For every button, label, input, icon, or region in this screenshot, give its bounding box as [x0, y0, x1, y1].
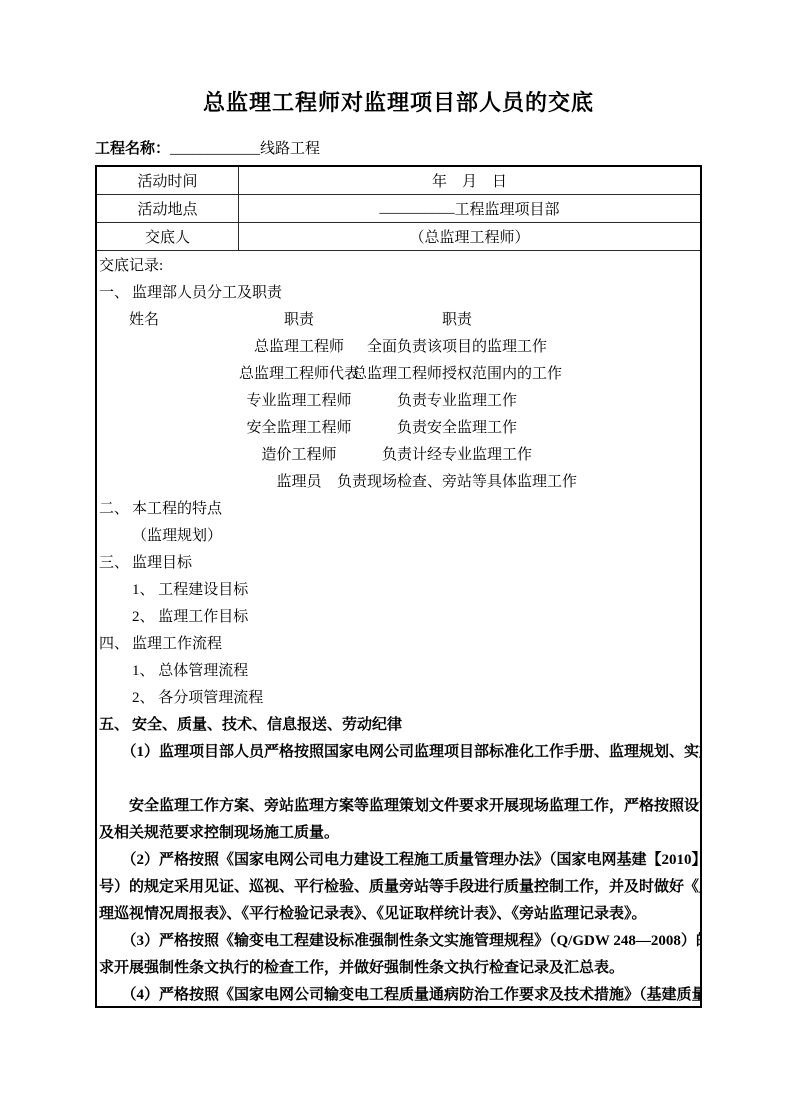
- role-name-cell: [99, 469, 189, 496]
- section-4-number: 四、: [99, 631, 132, 658]
- paragraph-line: 求开展强制性条文执行的检查工作，并做好强制性条文执行检查记录及汇总表。: [99, 955, 698, 982]
- info-rows: 活动时间 年 月 日 活动地点 __________工程监理项目部 交底人 （总…: [97, 167, 700, 251]
- info-row: 活动时间 年 月 日: [97, 167, 700, 195]
- info-row-value: （总监理工程师）: [239, 223, 700, 250]
- role-duty-cell: 负责专业监理工作: [409, 388, 505, 415]
- section-4-heading: 四、监理工作流程: [99, 631, 698, 658]
- project-name-line: 工程名称：____________线路工程: [95, 137, 702, 161]
- role-row: 专业监理工程师 负责专业监理工作: [99, 388, 698, 415]
- info-row-text: 工程监理项目部: [454, 198, 559, 219]
- section-2-number: 二、: [99, 496, 132, 523]
- section-3-heading: 三、监理目标: [99, 550, 698, 577]
- page-title: 总监理工程师对监理项目部人员的交底: [95, 88, 702, 118]
- paragraph-line: （4）严格按照《国家电网公司输变电工程质量通病防治工作要求及技术措施》（基建质量: [99, 982, 698, 1006]
- section-2-title: 本工程的特点: [132, 501, 222, 517]
- list-item: 2、 监理工作目标: [99, 604, 698, 631]
- role-duty: 负责现场检查、旁站等具体监理工作: [337, 469, 577, 496]
- info-row-label: 交底人: [97, 223, 239, 250]
- roles-header-duty-cell: 职责: [409, 307, 505, 334]
- roles-header-role: 职责: [189, 307, 409, 334]
- briefing-table: 活动时间 年 月 日 活动地点 __________工程监理项目部 交底人 （总…: [95, 165, 702, 1008]
- role-duty-cell: 负责计经专业监理工作: [409, 442, 505, 469]
- role-name-cell: [99, 442, 189, 469]
- paragraph-line: 及相关规范要求控制现场施工质量。: [99, 820, 698, 847]
- role-duty: 全面负责该项目的监理工作: [367, 334, 547, 361]
- roles-header-duty: 职责: [442, 307, 472, 334]
- info-row: 活动地点 __________工程监理项目部: [97, 195, 700, 223]
- role-duty-cell: 负责安全监理工作: [409, 415, 505, 442]
- role-row: 总监理工程师代表 总监理工程师授权范围内的工作: [99, 361, 698, 388]
- info-row-label: 活动地点: [97, 195, 239, 222]
- section-2-note: （监理规划）: [99, 523, 698, 550]
- role-row: 安全监理工程师 负责安全监理工作: [99, 415, 698, 442]
- role-duty-cell: 全面负责该项目的监理工作: [409, 334, 505, 361]
- project-name-value: 线路工程: [260, 141, 320, 157]
- info-row-label: 活动时间: [97, 167, 239, 194]
- info-row-text: 年 月 日: [432, 170, 507, 191]
- role-name-cell: [99, 388, 189, 415]
- roles-header-row: 姓名 职责 职责: [99, 307, 698, 334]
- list-item: 2、 各分项管理流程: [99, 685, 698, 712]
- role-duty-cell: 总监理工程师授权范围内的工作: [409, 361, 505, 388]
- list-item: 1、 工程建设目标: [99, 577, 698, 604]
- paragraph-line: 安全监理工作方案、旁站监理方案等监理策划文件要求开展现场监理工作，严格按照设计图…: [99, 793, 698, 820]
- role-name-cell: [99, 361, 189, 388]
- paragraph-line: （2）严格按照《国家电网公司电力建设工程施工质量管理办法》（国家电网基建【201…: [99, 847, 698, 874]
- section-3-title: 监理目标: [132, 555, 192, 571]
- record-heading: 交底记录:: [99, 253, 698, 280]
- role-title: 造价工程师: [189, 442, 409, 469]
- role-title: 专业监理工程师: [189, 388, 409, 415]
- list-item: 1、 总体管理流程: [99, 658, 698, 685]
- role-row: 造价工程师 负责计经专业监理工作: [99, 442, 698, 469]
- role-duty: 总监理工程师授权范围内的工作: [352, 361, 562, 388]
- roles-header-name: 姓名: [99, 307, 189, 334]
- section-5-number: 五、: [99, 712, 132, 739]
- section-4-items: 1、 总体管理流程 2、 各分项管理流程: [99, 658, 698, 712]
- role-name-cell: [99, 415, 189, 442]
- section-5-heading: 五、安全、质量、技术、信息报送、劳动纪律: [99, 712, 698, 739]
- project-name-label: 工程名称：: [95, 141, 170, 157]
- paragraph-line: [99, 766, 698, 793]
- paragraph-line: （1）监理项目部人员严格按照国家电网公司监理项目部标准化工作手册、监理规划、实施…: [99, 739, 698, 766]
- section-5-paragraphs: （1）监理项目部人员严格按照国家电网公司监理项目部标准化工作手册、监理规划、实施…: [99, 739, 698, 1006]
- role-row: 监理员 负责现场检查、旁站等具体监理工作: [99, 469, 698, 496]
- roles-list: 总监理工程师 全面负责该项目的监理工作 总监理工程师代表 总监理工程师授权范围内…: [99, 334, 698, 496]
- section-5-title: 安全、质量、技术、信息报送、劳动纪律: [132, 717, 402, 733]
- info-row-text: （总监理工程师）: [409, 226, 529, 247]
- role-name-cell: [99, 334, 189, 361]
- section-4-title: 监理工作流程: [132, 636, 222, 652]
- info-row-value: __________工程监理项目部: [239, 195, 700, 222]
- section-3-number: 三、: [99, 550, 132, 577]
- role-duty: 负责安全监理工作: [397, 415, 517, 442]
- section-1-heading: 一、监理部人员分工及职责: [99, 280, 698, 307]
- project-name-blank: ____________: [170, 141, 260, 157]
- record-cell: 交底记录: 一、监理部人员分工及职责 姓名 职责 职责 总监理工程师 全面负责该…: [97, 251, 700, 1006]
- role-duty-cell: 负责现场检查、旁站等具体监理工作: [409, 469, 505, 496]
- section-2-heading: 二、本工程的特点: [99, 496, 698, 523]
- paragraph-line: （3）严格按照《输变电工程建设标准强制性条文实施管理规程》（Q/GDW 248—…: [99, 928, 698, 955]
- info-row-blank: __________: [379, 200, 454, 217]
- info-row: 交底人 （总监理工程师）: [97, 223, 700, 251]
- paragraph-line: 理巡视情况周报表》、《平行检验记录表》、《见证取样统计表》、《旁站监理记录表》。: [99, 901, 698, 928]
- section-3-items: 1、 工程建设目标 2、 监理工作目标: [99, 577, 698, 631]
- paragraph-line: 号）的规定采用见证、巡视、平行检验、质量旁站等手段进行质量控制工作，并及时做好《…: [99, 874, 698, 901]
- role-row: 总监理工程师 全面负责该项目的监理工作: [99, 334, 698, 361]
- role-duty: 负责专业监理工作: [397, 388, 517, 415]
- document-page: 总监理工程师对监理项目部人员的交底 工程名称：____________线路工程 …: [95, 88, 702, 1008]
- role-title: 安全监理工程师: [189, 415, 409, 442]
- section-1-number: 一、: [99, 280, 132, 307]
- info-row-value: 年 月 日: [239, 167, 700, 194]
- role-duty: 负责计经专业监理工作: [382, 442, 532, 469]
- section-1-title: 监理部人员分工及职责: [132, 285, 282, 301]
